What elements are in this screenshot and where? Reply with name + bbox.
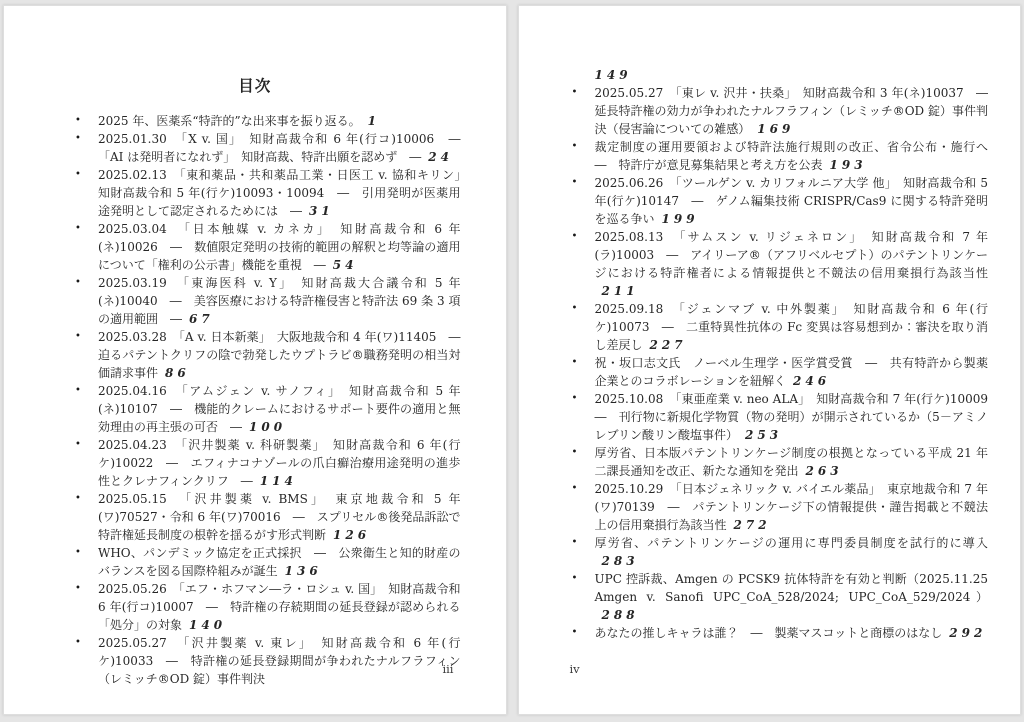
bullet-icon: •: [75, 490, 98, 508]
toc-entry-text: WHO、パンデミック協定を正式採択 ― 公衆衛生と知的財産のバランスを図る国際枠…: [98, 544, 461, 580]
toc-entry: • あなたの推しキャラは誰？ ― 製薬マスコットと商標のはなし292: [572, 624, 989, 642]
toc-entry-text: UPC 控訴裁、Amgen の PCSK9 抗体特許を有効と判断（2025.11…: [595, 570, 989, 624]
toc-page-number: 253: [745, 428, 782, 442]
toc-page-number: 31: [309, 204, 334, 218]
toc-entry-text: 2025.04.16 「アムジェン v. サノフィ」 知財高裁令和 5 年(ネ)…: [98, 382, 461, 436]
toc-entry-text: 2025.10.08 「東亜産業 v. neo ALA」 知財高裁令和 7 年(…: [595, 390, 989, 444]
bullet-icon: •: [572, 138, 595, 156]
toc-entry: • 149: [572, 66, 989, 84]
toc-entry-text: 2025.05.26 「エフ・ホフマン―ラ・ロシュ v. 国」 知財高裁令和 6…: [98, 580, 461, 634]
toc-page-number: 193: [830, 158, 867, 172]
page-title: 目次: [4, 74, 506, 96]
toc-page-number: 292: [949, 626, 986, 640]
bullet-icon: •: [75, 634, 98, 652]
toc-entry: • 2025.04.23 「沢井製薬 v. 科研製薬」 知財高裁令和 6 年(行…: [75, 436, 461, 490]
toc-entry-text: 厚労省、パテントリンケージの運用に専門委員制度を試行的に導入283: [595, 534, 989, 570]
toc-entry: • 2025.05.27 「沢井製薬 v. 東レ」 知財高裁令和 6 年(行ケ)…: [75, 634, 461, 688]
toc-page-number: 67: [189, 312, 214, 326]
toc-page-right: • 149 • 2025.05.27 「東レ v. 沢井・扶桑」 知財高裁令和 …: [518, 5, 1022, 715]
toc-entry: • 2025.03.19 「東海医科 v. Y」 知財高裁大合議令和 5 年(ネ…: [75, 274, 461, 328]
toc-page-number: 100: [249, 420, 286, 434]
toc-entry-text: 2025.09.18 「ジェンマブ v. 中外製薬」 知財高裁令和 6 年(行ケ…: [595, 300, 989, 354]
toc-page-number: 272: [734, 518, 771, 532]
toc-entry: • 2025.01.30 「X v. 国」 知財高裁令和 6 年(行コ)1000…: [75, 130, 461, 166]
bullet-icon: •: [75, 112, 98, 130]
bullet-icon: •: [75, 130, 98, 148]
toc-entry-text: 祝・坂口志文氏 ノーベル生理学・医学賞受賞 ― 共有特許から製薬企業とのコラボレ…: [595, 354, 989, 390]
toc-entry-text: 2025.03.19 「東海医科 v. Y」 知財高裁大合議令和 5 年(ネ)1…: [98, 274, 461, 328]
toc-list-right: • 149 • 2025.05.27 「東レ v. 沢井・扶桑」 知財高裁令和 …: [572, 66, 989, 642]
toc-entry: • WHO、パンデミック協定を正式採択 ― 公衆衛生と知的財産のバランスを図る国…: [75, 544, 461, 580]
toc-entry-text: 2025.05.27 「東レ v. 沢井・扶桑」 知財高裁令和 3 年(ネ)10…: [595, 84, 989, 138]
toc-entry-text: 2025.01.30 「X v. 国」 知財高裁令和 6 年(行コ)10006 …: [98, 130, 461, 166]
toc-entry-text: 2025.02.13 「東和薬品・共和薬品工業・日医工 v. 協和キリン」 知財…: [98, 166, 461, 220]
toc-entry-text: 2025.03.28 「A v. 日本新薬」 大阪地裁令和 4 年(ワ)1140…: [98, 328, 461, 382]
toc-entry-text: 2025 年、医薬系“特許的”な出来事を振り返る。1: [98, 112, 461, 130]
toc-entry: • 厚労省、日本版パテントリンケージ制度の根拠となっている平成 21 年二課長通…: [572, 444, 989, 480]
book-spread: 目次 • 2025 年、医薬系“特許的”な出来事を振り返る。1 • 2025.0…: [0, 0, 1024, 722]
toc-page-number: 227: [650, 338, 687, 352]
bullet-icon: •: [572, 228, 595, 246]
bullet-icon: •: [572, 444, 595, 462]
toc-entry: • 2025.02.13 「東和薬品・共和薬品工業・日医工 v. 協和キリン」 …: [75, 166, 461, 220]
toc-page-number: 263: [806, 464, 843, 478]
toc-entry-text: 裁定制度の運用要領および特許法施行規則の改正、省令公布・施行へ ― 特許庁が意見…: [595, 138, 989, 174]
toc-entry-text: あなたの推しキャラは誰？ ― 製薬マスコットと商標のはなし292: [595, 624, 989, 642]
toc-entry-text: 2025.04.23 「沢井製薬 v. 科研製薬」 知財高裁令和 6 年(行ケ)…: [98, 436, 461, 490]
toc-entry-text: 2025.03.04 「日本触媒 v. カネカ」 知財高裁令和 6 年(ネ)10…: [98, 220, 461, 274]
bullet-icon: •: [572, 624, 595, 642]
toc-entry: • 2025.09.18 「ジェンマブ v. 中外製薬」 知財高裁令和 6 年(…: [572, 300, 989, 354]
toc-page-number: 149: [595, 68, 632, 82]
bullet-icon: •: [75, 328, 98, 346]
toc-entry: • 2025.10.08 「東亜産業 v. neo ALA」 知財高裁令和 7 …: [572, 390, 989, 444]
bullet-icon: •: [75, 436, 98, 454]
toc-page-number: 199: [662, 212, 699, 226]
toc-entry: • 2025.06.26 「ツールゲン v. カリフォルニア大学 他」 知財高裁…: [572, 174, 989, 228]
toc-page-number: 86: [165, 366, 190, 380]
bullet-icon: •: [75, 580, 98, 598]
folio-left: iii: [442, 662, 453, 676]
toc-page-number: 283: [602, 554, 639, 568]
toc-page-number: 169: [757, 122, 794, 136]
bullet-icon: •: [75, 220, 98, 238]
toc-page-number: 288: [602, 608, 639, 622]
toc-entry-text: 2025.08.13 「サムスン v. リジェネロン」 知財高裁令和 7 年(ラ…: [595, 228, 989, 300]
toc-page-number: 140: [189, 618, 226, 632]
toc-page-number: 126: [333, 528, 370, 542]
toc-entry-text: 2025.06.26 「ツールゲン v. カリフォルニア大学 他」 知財高裁令和…: [595, 174, 989, 228]
bullet-icon: •: [572, 390, 595, 408]
toc-page-number: 1: [368, 114, 380, 128]
toc-entry-text: 2025.05.15 「沢井製薬 v. BMS」 東京地裁令和 5 年(ワ)70…: [98, 490, 461, 544]
toc-entry-text: 厚労省、日本版パテントリンケージ制度の根拠となっている平成 21 年二課長通知を…: [595, 444, 989, 480]
toc-entry: • 2025.10.29 「日本ジェネリック v. バイエル薬品」 東京地裁令和…: [572, 480, 989, 534]
toc-entry: • UPC 控訴裁、Amgen の PCSK9 抗体特許を有効と判断（2025.…: [572, 570, 989, 624]
toc-entry: • 2025.03.28 「A v. 日本新薬」 大阪地裁令和 4 年(ワ)11…: [75, 328, 461, 382]
toc-entry: • 2025.03.04 「日本触媒 v. カネカ」 知財高裁令和 6 年(ネ)…: [75, 220, 461, 274]
toc-list-left: • 2025 年、医薬系“特許的”な出来事を振り返る。1 • 2025.01.3…: [75, 112, 461, 688]
toc-page-left: 目次 • 2025 年、医薬系“特許的”な出来事を振り返る。1 • 2025.0…: [3, 5, 507, 715]
bullet-icon: •: [572, 534, 595, 552]
bullet-icon: •: [572, 174, 595, 192]
bullet-icon: •: [75, 382, 98, 400]
bullet-icon: •: [572, 354, 595, 372]
toc-page-number: 211: [602, 284, 639, 298]
toc-entry: • 裁定制度の運用要領および特許法施行規則の改正、省令公布・施行へ ― 特許庁が…: [572, 138, 989, 174]
toc-page-number: 246: [793, 374, 830, 388]
bullet-icon: •: [572, 480, 595, 498]
bullet-icon: •: [572, 570, 595, 588]
toc-entry-text: 149: [595, 66, 989, 84]
toc-entry-text: 2025.05.27 「沢井製薬 v. 東レ」 知財高裁令和 6 年(行ケ)10…: [98, 634, 461, 688]
toc-page-number: 114: [260, 474, 297, 488]
bullet-icon: •: [572, 84, 595, 102]
toc-entry: • 2025 年、医薬系“特許的”な出来事を振り返る。1: [75, 112, 461, 130]
bullet-icon: •: [75, 544, 98, 562]
toc-page-number: 24: [428, 150, 453, 164]
toc-page-number: 136: [285, 564, 322, 578]
toc-entry: • 祝・坂口志文氏 ノーベル生理学・医学賞受賞 ― 共有特許から製薬企業とのコラ…: [572, 354, 989, 390]
toc-entry: • 2025.04.16 「アムジェン v. サノフィ」 知財高裁令和 5 年(…: [75, 382, 461, 436]
toc-entry: • 2025.08.13 「サムスン v. リジェネロン」 知財高裁令和 7 年…: [572, 228, 989, 300]
folio-right: iv: [570, 662, 580, 676]
bullet-icon: •: [75, 166, 98, 184]
toc-entry: • 2025.05.27 「東レ v. 沢井・扶桑」 知財高裁令和 3 年(ネ)…: [572, 84, 989, 138]
toc-page-number: 54: [333, 258, 358, 272]
toc-entry: • 2025.05.15 「沢井製薬 v. BMS」 東京地裁令和 5 年(ワ)…: [75, 490, 461, 544]
toc-entry: • 厚労省、パテントリンケージの運用に専門委員制度を試行的に導入283: [572, 534, 989, 570]
toc-entry-text: 2025.10.29 「日本ジェネリック v. バイエル薬品」 東京地裁令和 7…: [595, 480, 989, 534]
toc-entry: • 2025.05.26 「エフ・ホフマン―ラ・ロシュ v. 国」 知財高裁令和…: [75, 580, 461, 634]
bullet-icon: •: [572, 300, 595, 318]
bullet-icon: •: [75, 274, 98, 292]
